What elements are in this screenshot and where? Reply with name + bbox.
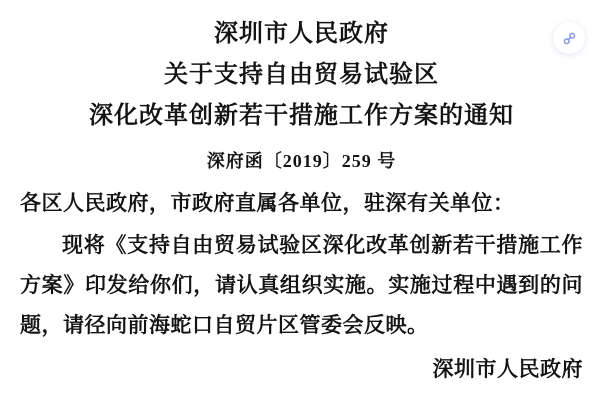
link-icon [561,30,578,47]
document-title-line-1: 深圳市人民政府 [20,14,583,55]
link-button[interactable] [553,22,585,54]
signature-issuer: 深圳市人民政府 [20,355,583,383]
document-page: 深圳市人民政府 关于支持自由贸易试验区 深化改革创新若干措施工作方案的通知 深府… [0,0,603,408]
document-number: 深府函〔2019〕259 号 [20,149,583,173]
document-title-line-2: 关于支持自由贸易试验区 [20,55,583,96]
document-title-line-3: 深化改革创新若干措施工作方案的通知 [20,96,583,137]
body-paragraph: 现将《支持自由贸易试验区深化改革创新若干措施工作方案》印发给你们，请认真组织实施… [20,225,583,345]
salutation-line: 各区人民政府，市政府直属各单位，驻深有关单位： [20,189,583,217]
document-title: 深圳市人民政府 关于支持自由贸易试验区 深化改革创新若干措施工作方案的通知 [20,14,583,137]
